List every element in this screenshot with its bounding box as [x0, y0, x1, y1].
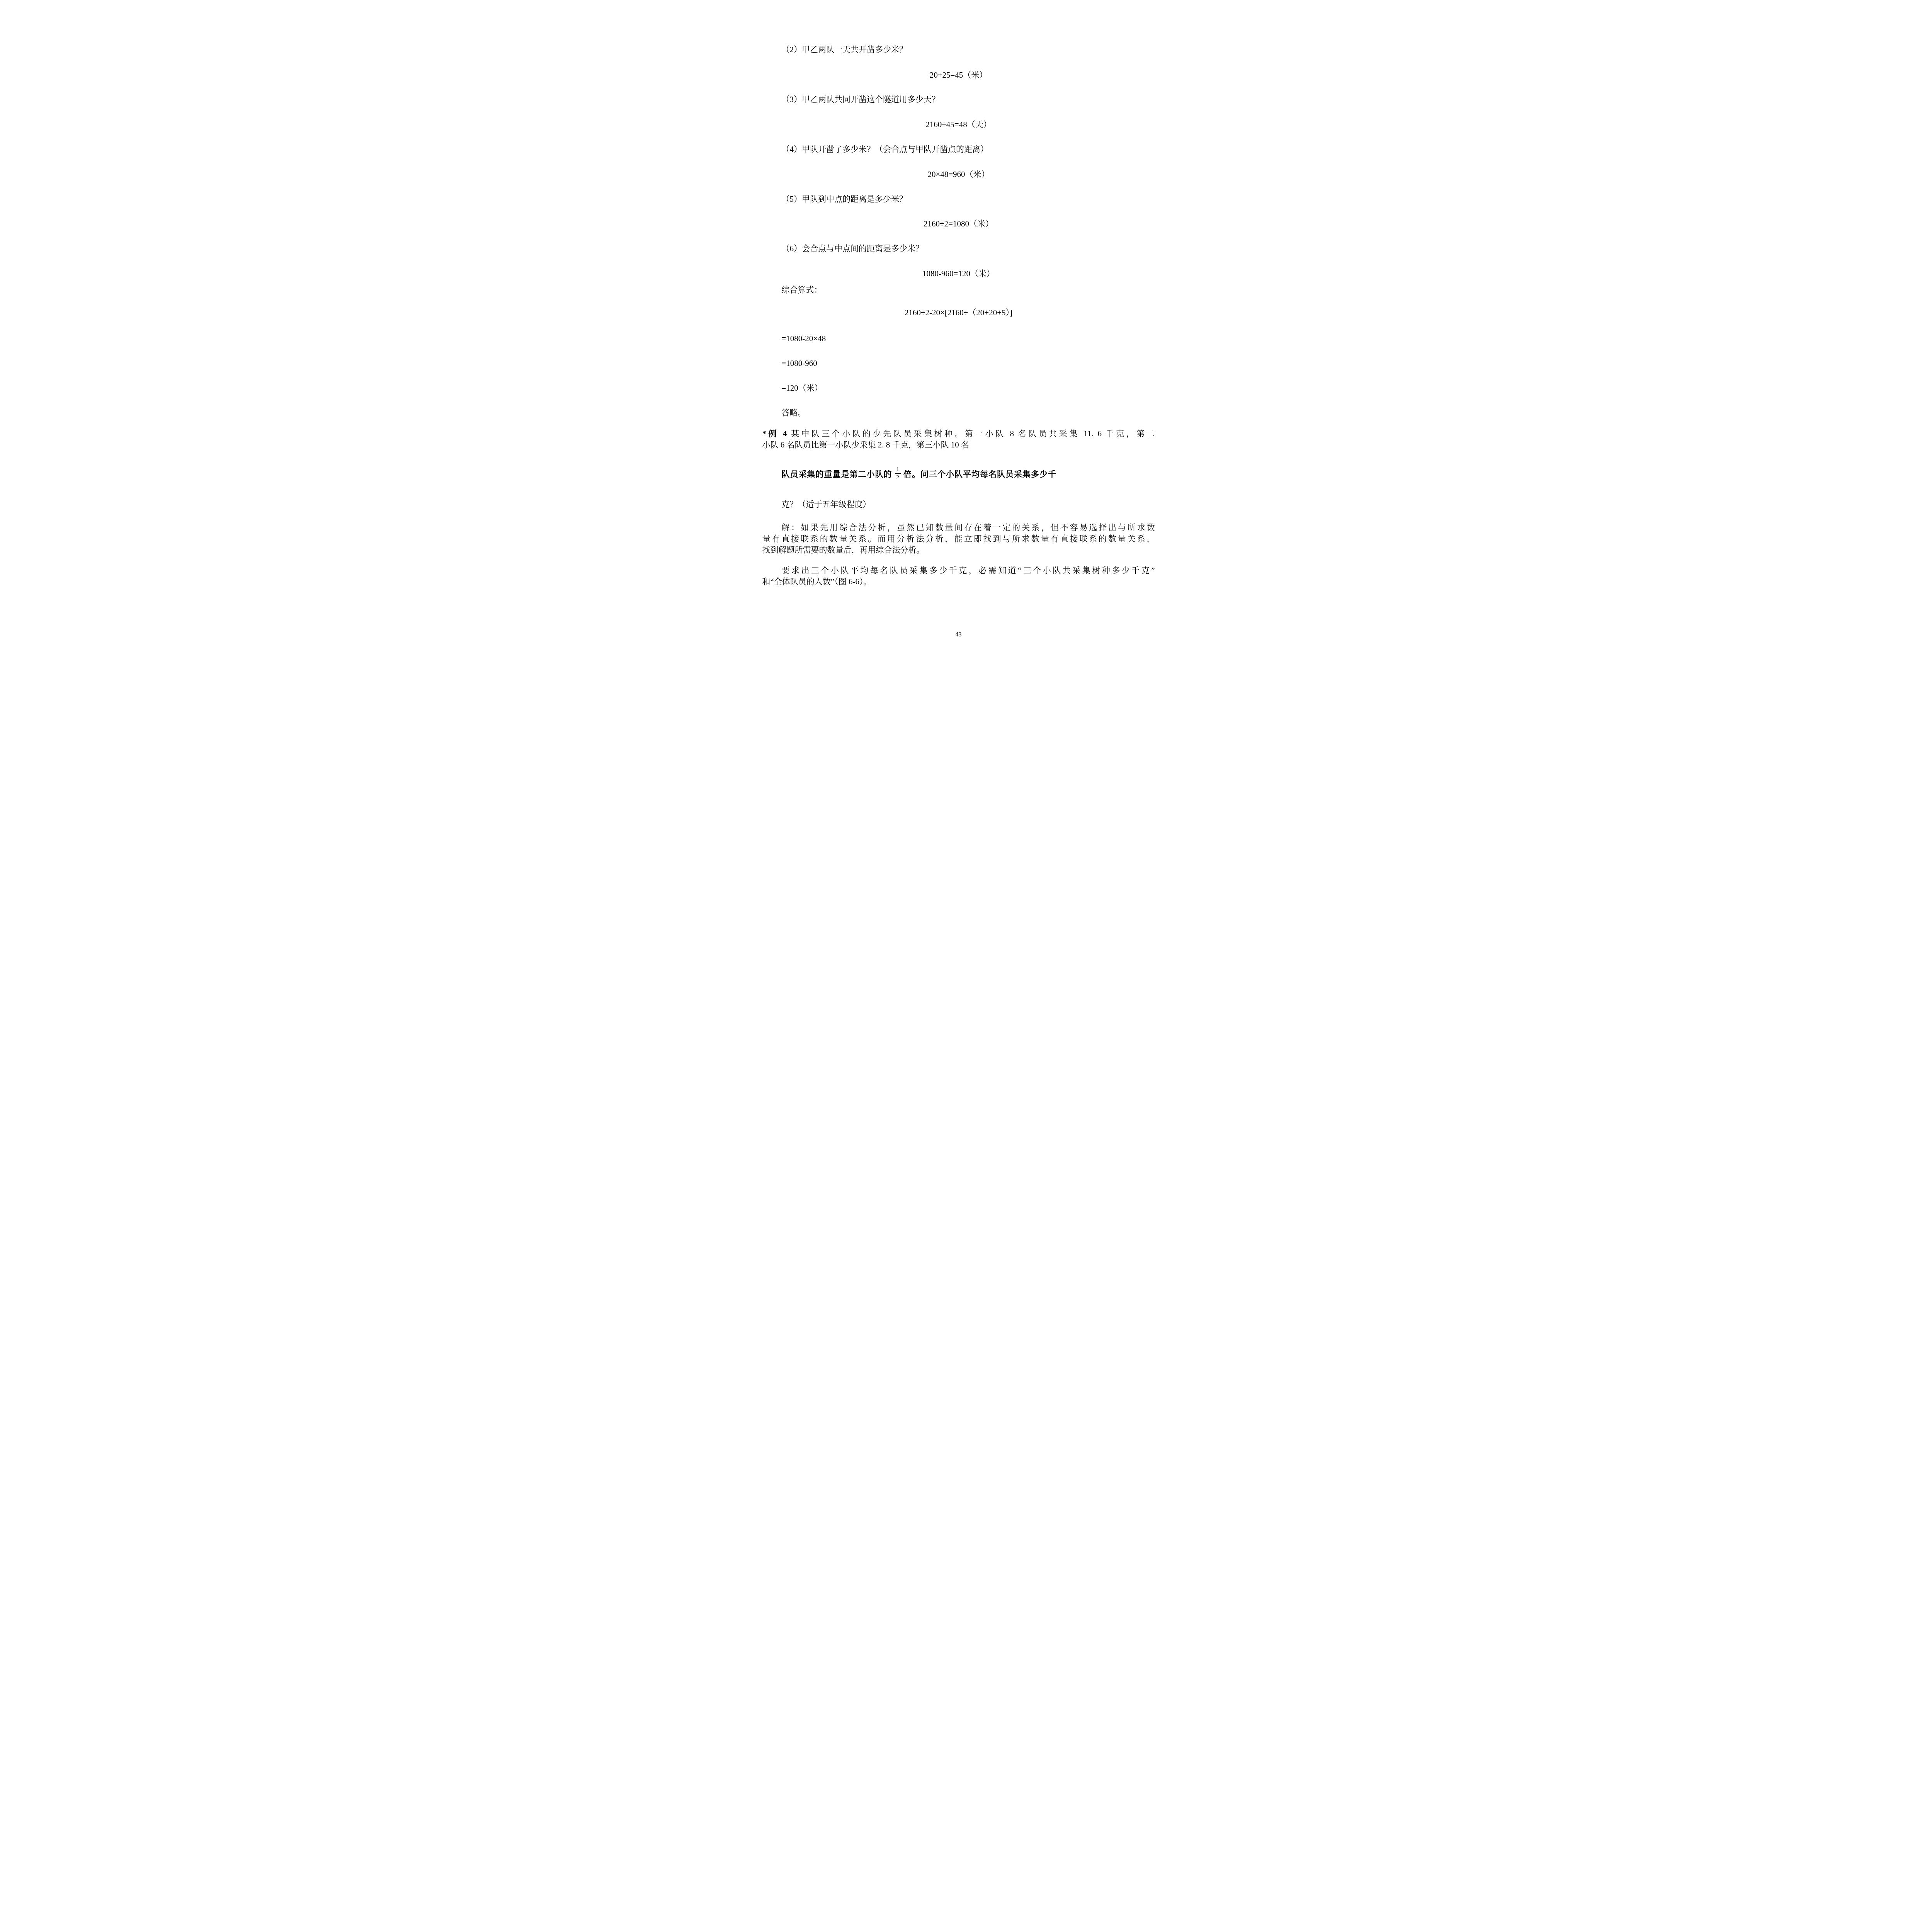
formula-2: 2160÷45=48（天） — [762, 119, 1155, 130]
formula-4: 2160÷2=1080（米） — [762, 218, 1155, 230]
formula-1: 20+25=45（米） — [762, 70, 1155, 81]
solution-line1: 解：如果先用综合法分析，虽然已知数量间存在着一定的关系，但不容易选择出与所求数 — [762, 522, 1155, 533]
example4-line1: *例 4 某中队三个小队的少先队员采集树种。第一小队 8 名队员共采集 11. … — [762, 428, 1155, 439]
question-2: （2）甲乙两队一天共开凿多少米？ — [762, 44, 1155, 55]
fraction-denominator: 2 — [896, 474, 900, 481]
question-6: （6）会合点与中点间的距离是多少米？ — [762, 243, 1155, 254]
one-half-fraction: 1 2 — [895, 466, 901, 481]
page-number: 43 — [719, 631, 1198, 639]
fraction-numerator: 1 — [895, 466, 901, 474]
example4-line1-text: 某中队三个小队的少先队员采集树种。第一小队 8 名队员共采集 11. 6 千克，… — [791, 429, 1155, 438]
document-page: （2）甲乙两队一天共开凿多少米？ 20+25=45（米） （3）甲乙两队共同开凿… — [719, 0, 1198, 678]
example4-line2: 小队 6 名队员比第一小队少采集 2. 8 千克，第三小队 10 名 — [762, 439, 1155, 451]
fraction-sentence: 队员采集的重量是第二小队的 1 2 倍。问三个小队平均每名队员采集多少千 — [782, 463, 1155, 485]
solution-line3: 找到解题所需要的数量后，再用综合法分析。 — [762, 544, 1155, 556]
requirement-line1: 要求出三个小队平均每名队员采集多少千克，必需知道“三个小队共采集树种多少千克” — [762, 565, 1155, 576]
expression-heading: 综合算式： — [762, 284, 1155, 296]
fraction-sentence-after: 倍。问三个小队平均每名队员采集多少千 — [903, 468, 1056, 480]
combined-expression: 2160÷2-20×[2160÷（20+20+5）] — [762, 307, 1155, 318]
solution-line2: 量有直接联系的数量关系。而用分析法分析，能立即找到与所求数量有直接联系的数量关系… — [762, 533, 1155, 544]
calc-step-1: =1080-20×48 — [762, 333, 1155, 344]
formula-3: 20×48=960（米） — [762, 169, 1155, 180]
requirement-line2: 和“全体队员的人数”（图 6-6）。 — [762, 576, 1155, 587]
question-5: （5）甲队到中点的距离是多少米？ — [762, 194, 1155, 205]
grade-note-line: 克？（适于五年级程度） — [762, 499, 1155, 510]
fraction-sentence-before: 队员采集的重量是第二小队的 — [782, 468, 892, 480]
calc-step-2: =1080-960 — [762, 358, 1155, 369]
answer-note: 答略。 — [762, 407, 1155, 418]
formula-5: 1080-960=120（米） — [762, 268, 1155, 279]
question-3: （3）甲乙两队共同开凿这个隧道用多少天？ — [762, 94, 1155, 105]
question-4: （4）甲队开凿了多少米？（会合点与甲队开凿点的距离） — [762, 144, 1155, 155]
calc-step-3: =120（米） — [762, 383, 1155, 394]
example4-label: *例 4 — [762, 429, 791, 438]
